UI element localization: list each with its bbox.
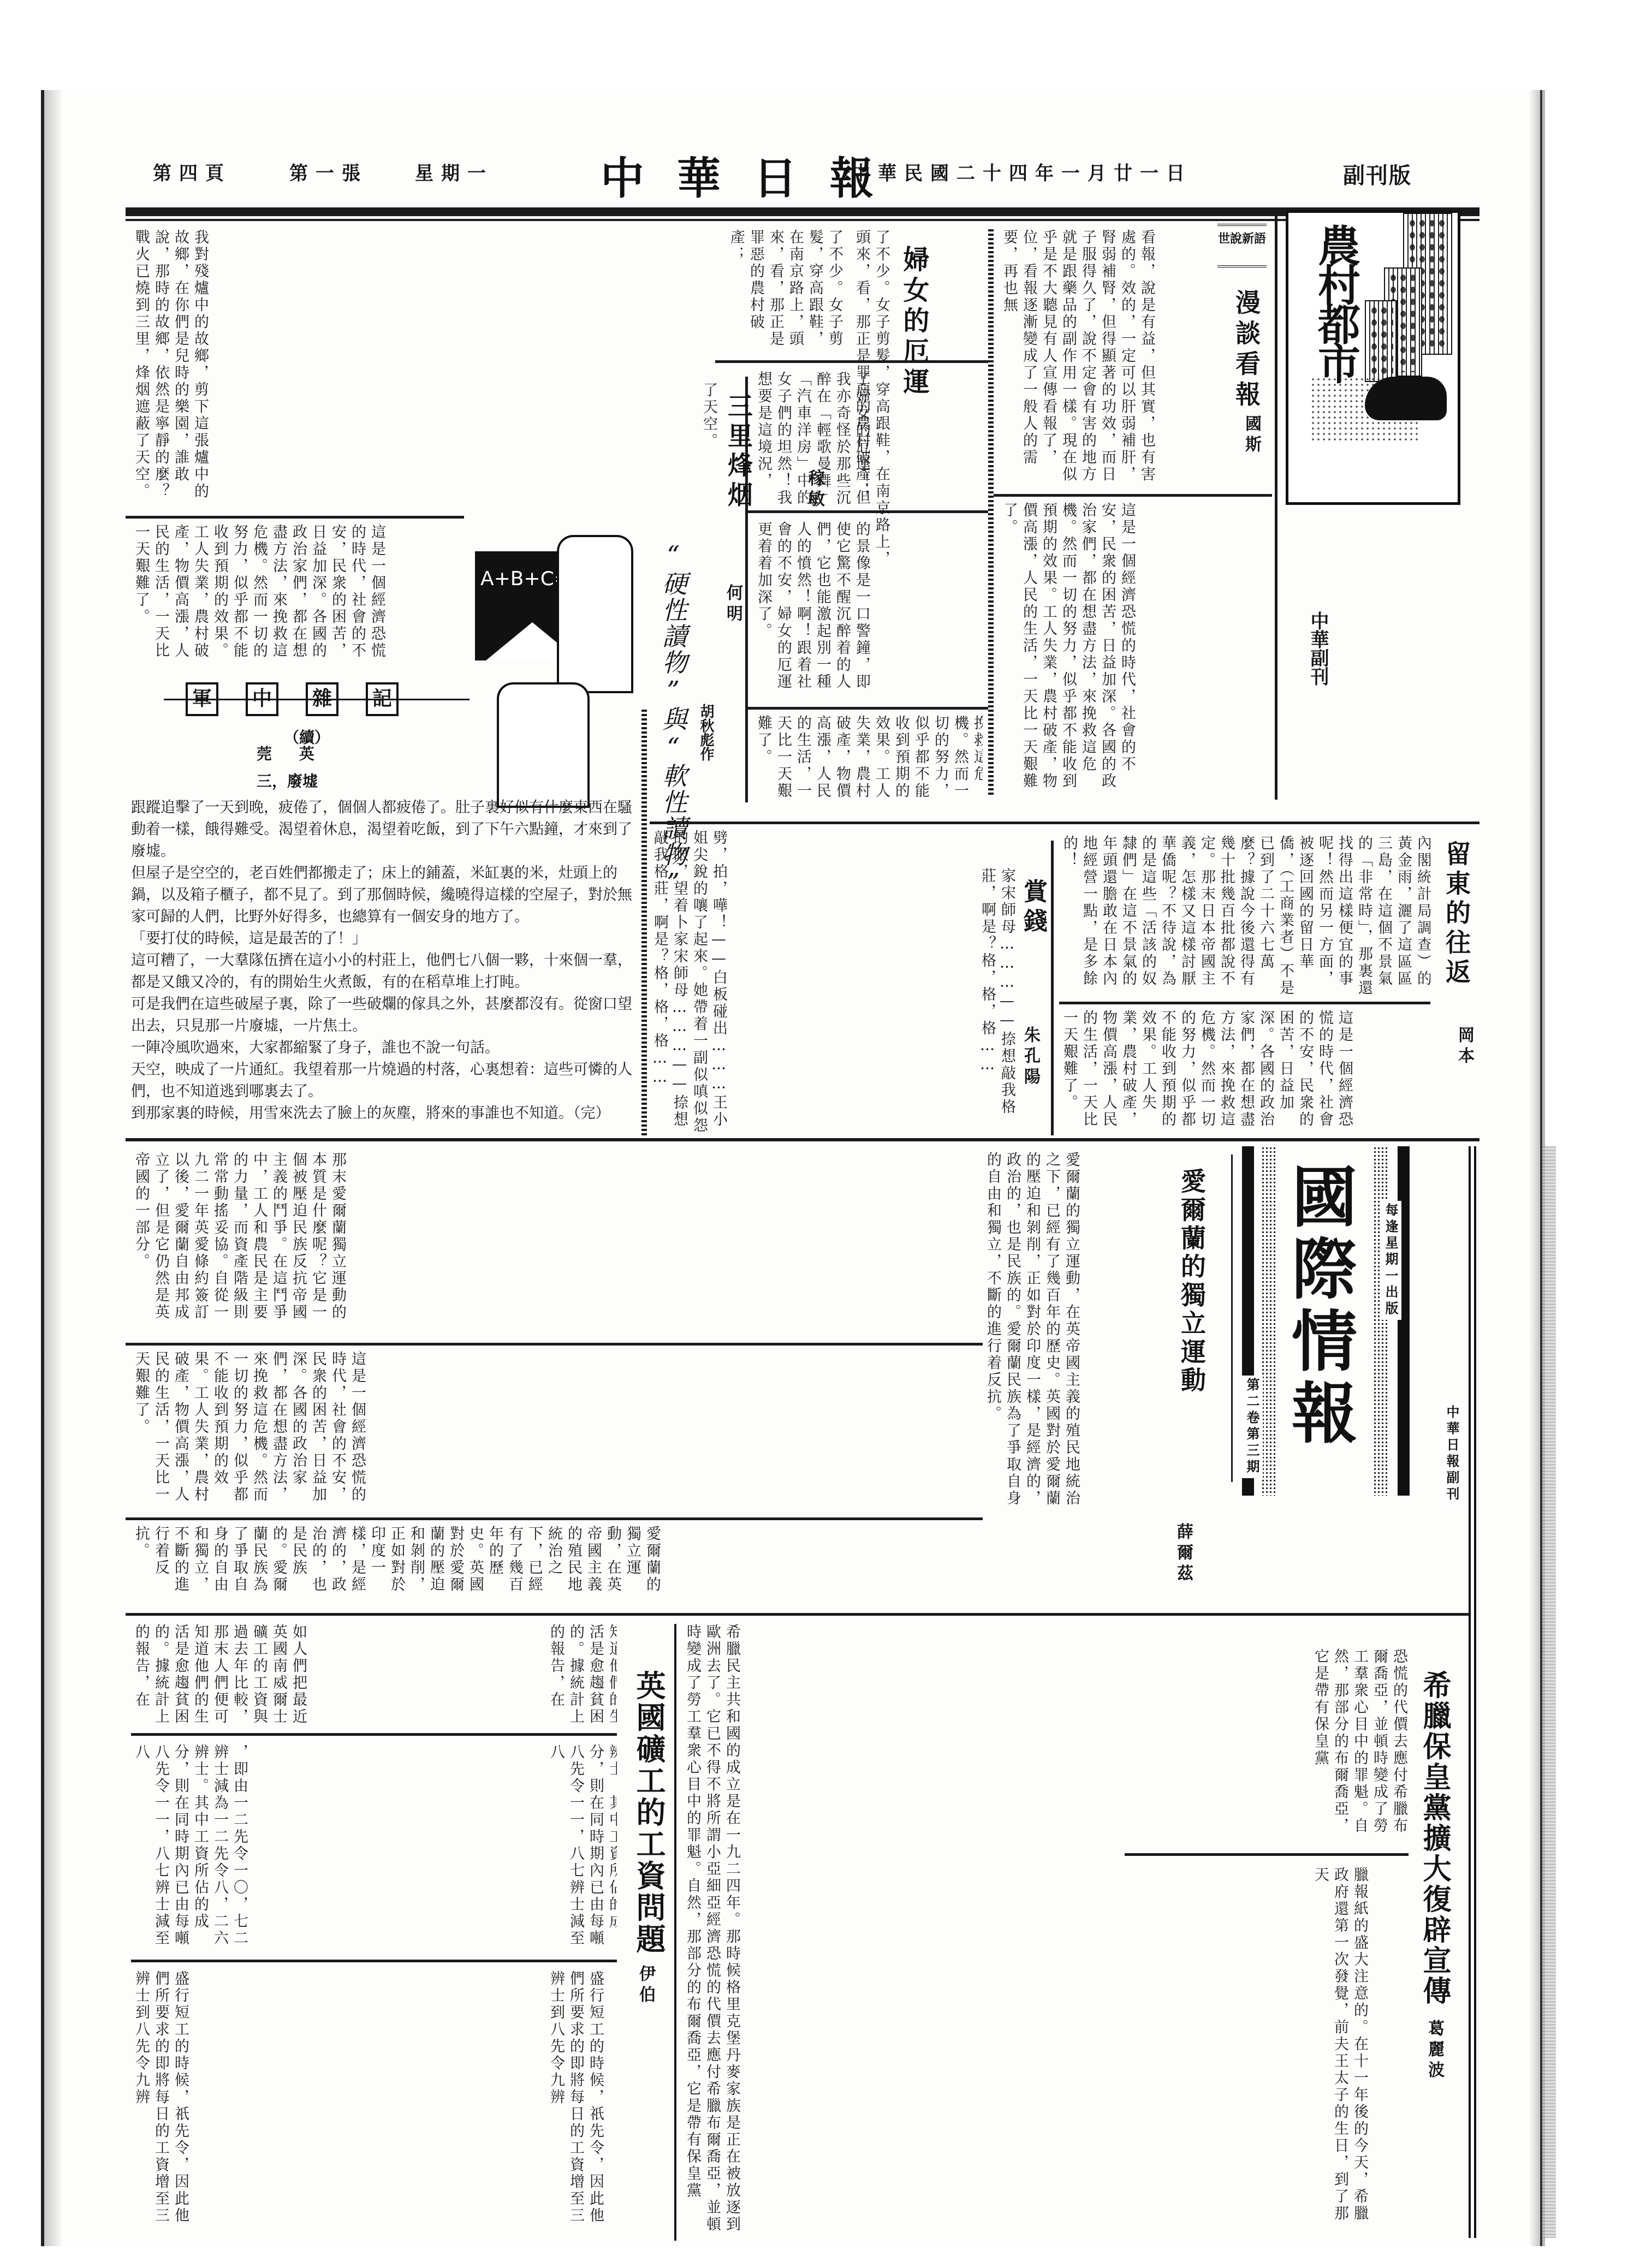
wavy-divider: [988, 229, 994, 797]
filler-body: 這是一個經濟恐慌的時代，社會的不安，民衆的困苦，日益加深。各國的政治家們，都在想…: [1059, 1010, 1354, 1135]
yingguo-col3: 盛行短工的時候，祇先令，因此他們所要求的即將每日的工資增至三辨士到八先令九辨: [546, 1971, 617, 2238]
sanli-fengyan-byline: 何明: [721, 584, 745, 626]
junzhong-chapter: 三，廢墟: [257, 770, 318, 791]
farmer-figure-icon: [1365, 377, 1447, 420]
funu-eyun-col2: 自從五四運動以來，婦女的流年，可說是正當好運，婦女的社會地位，在中國，確實是提高…: [726, 229, 846, 358]
masthead-bar: [1398, 1146, 1410, 1496]
yingguo-body: 如人們把最近英國南威爾士礦工的工資與過去年比較，那末人們便可知道他們的生活是愈趨…: [546, 1624, 617, 1728]
section-rule: [126, 516, 464, 519]
paragraph: 但屋子是空空的，老百姓們都搬走了；床上的鋪蓋，米缸裏的米，灶頭上的鍋，以及箱子櫃…: [131, 862, 633, 928]
left-mid-columns: 這是一個經濟恐慌的時代，社會的不安，民衆的困苦，日益加深。各國的政治家們，都在想…: [131, 524, 464, 666]
sanli-fengyan-body-cont: 我對殘爐中的故鄉，剪下這張爐中的故鄉，在你們是兒時的樂園，誰敢說，那時的故鄉，依…: [131, 229, 210, 513]
liudong-byline: 岡本: [1452, 1026, 1476, 1068]
yingguo-col2: ，即由一二先令一〇，七二辨士減為一二先令八，二六辨士。其中工資所佔的成分，則在同…: [546, 1744, 617, 1951]
double-border: [1469, 1146, 1476, 2238]
yingguo-body-3: 盛行短工的時候，祇先令，因此他們所要求的即將每日的工資增至三辨士到八先令九辨: [546, 1971, 605, 2238]
cartoon-hard-soft-reading: A+B+C=: [475, 524, 639, 808]
page-header: 第四頁 第一張 星期一 中華日報 中華民國二十四年一月廿一日 副刊版: [126, 158, 1479, 202]
funu-eyun-body-3: 了婦女的厄運！但我亦奇怪於那些沉醉在「輕歌曼舞」「汽車洋房」中的女子們的坦然！我…: [753, 371, 871, 508]
section-rule: [715, 360, 988, 363]
section-label: 副刊版: [1343, 158, 1412, 189]
title-char-box: 雜: [306, 682, 338, 716]
guoji-qingbao-masthead: 國際情報 每逢星期一出版 第二卷第三期: [1234, 1146, 1441, 1501]
yingguo-body-2: ，即由一二先令一〇，七二辨士減為一二先令八，二六辨士。其中工資所佔的成分，則在同…: [546, 1744, 617, 1951]
mantan-kanbao-article: 看報，說是有益，但其實，也有害處的。效的，一定可以肝弱補肝，腎弱補腎，但得顯著的…: [999, 229, 1212, 491]
section-rule-major: [126, 1138, 1479, 1141]
paragraph: 跟蹤追擊了一天到晚，疲倦了，個個人都疲倦了。肚子裏好似有什麼東西在騷動着一樣，餓…: [131, 797, 633, 862]
section-rule: [126, 1343, 983, 1346]
xila-article-cont: 臘報紙的盛大注意的。在十一年後的今天，希臘政府還第一次發覺，前夫王太子的生日，到…: [1310, 1867, 1409, 2238]
filler-body: 這是一個經濟恐慌的時代，社會的不安，民衆的困苦，日益加深。各國的政治家們，都在想…: [753, 715, 983, 802]
wavy-divider: [641, 710, 647, 1135]
left-top-columns: 我對殘爐中的故鄉，剪下這張爐中的故鄉，在你們是兒時的樂園，誰敢說，那時的故鄉，依…: [131, 229, 693, 513]
junzhong-zaji-body: 跟蹤追擊了一天到晚，疲倦了，個個人都疲倦了。肚子裏好似有什麼東西在騷動着一樣，餓…: [131, 797, 633, 1135]
title-char-box: 中: [246, 682, 278, 716]
shangqian-article: 劈，拍，嘩！——白板碰出………王小姐尖銳的嚷了起來。她帶着一副似嗔似怨的眼，望着…: [977, 868, 1015, 1130]
paragraph: 「要打仗的時候，這是最苦的了！」: [131, 928, 633, 950]
issue-date: 中華民國二十四年一月廿一日: [852, 158, 1192, 185]
paragraph: 到那家裏的時候，用雪來洗去了臉上的灰塵，將來的事誰也不知道。（完）: [131, 1103, 633, 1124]
aierlan-body: 愛爾蘭的獨立運動，在英帝國主義的殖民地統治之下，已經有了幾百年的歷史。英國對於愛…: [983, 1152, 1081, 1512]
funu-eyun-body-2: 自從五四運動以來，婦女的流年，可說是正當好運，婦女的社會地位，在中國，確實是提高…: [726, 229, 846, 358]
xila-title: 希臘保皇黨擴大復辟宣傳: [1414, 1670, 1455, 2007]
shangqian-byline: 朱孔陽: [1018, 1026, 1042, 1088]
xila-article: 希臘民主共和國的成立是在一九二四年。那時候格里克堡丹麥家族是正在被放逐到歐洲去了…: [1310, 1648, 1409, 1845]
yingguo-byline: 伊伯: [633, 1965, 657, 2007]
paragraph: 這可糟了，一大羣隊伍擠在這小小的村莊上，他們七八個一夥，十來個一羣，都是又餓又冷…: [131, 950, 633, 993]
yingguo-lower-cols: 盛行短工的時候，祇先令，因此他們所要求的即將每日的工資增至三辨士到八先令九辨: [131, 1971, 540, 2238]
guoji-qingbao-title: 國際情報: [1286, 1163, 1351, 1451]
junzhong-byline: 莞 英: [257, 742, 325, 764]
sanli-fengyan-title: 三里烽烟: [721, 393, 757, 511]
section-rule: [1059, 1002, 1430, 1004]
liudong-body: 日本帝國的國門上，掛着一塊這樣的牌子：「櫻花大門八字開，有理無錢莫進來」！你看，…: [1059, 835, 1430, 999]
title-char-box: 軍: [186, 682, 218, 716]
sanli-fengyan-body: 我對殘爐中的故鄉，剪下這張爐中的故鄉，在你們是兒時的樂園，誰敢說，那時的故鄉，依…: [699, 382, 721, 491]
section-rule: [131, 1960, 617, 1962]
yingguo-body-cont-2: ，即由一二先令一〇，七二辨士減為一二先令八，二六辨士。其中工資所佔的成分，則在同…: [131, 1744, 249, 1951]
nongcun-dushi-illustration: 農村都市: [1286, 210, 1460, 505]
aierlan-body-bottom: 愛爾蘭的獨立運動，在英帝國主義的殖民地統治之下，已經有了幾百年的歷史。英國對於愛…: [131, 1526, 662, 1608]
liudong-title: 留東的往返: [1439, 841, 1475, 988]
student-figure-icon: [557, 535, 633, 693]
section-rule: [994, 494, 1272, 497]
yingguo-lead: 如人們把最近英國南威爾士礦工的工資與過去年比較，那末人們便可知道他們的生活是愈趨…: [546, 1624, 617, 1728]
filler-body: 這是一個經濟恐慌的時代，社會的不安，民衆的困苦，日益加深。各國的政治家們，都在想…: [131, 1351, 367, 1515]
publisher-label: 中華日報副刊: [1441, 1403, 1463, 1505]
yingguo-body-cont-3: 盛行短工的時候，祇先令，因此他們所要求的即將每日的工資增至三辨士到八先令九辨: [131, 1971, 190, 2238]
issue-label: 第二卷第三期: [1241, 1376, 1263, 1478]
xila-body-2: 臘報紙的盛大注意的。在十一年後的今天，希臘政府還第一次發覺，前夫王太子的生日，到…: [1310, 1867, 1369, 2238]
skyscraper-icon: [1365, 300, 1398, 382]
mantan-kanbao-body: 看報，說是有益，但其實，也有害處的。效的，一定可以肝弱補肝，腎弱補腎，但得顯著的…: [999, 229, 1156, 491]
paragraph: 一陣冷風吹過來，大家都縮緊了身子，誰也不說一句話。: [131, 1037, 633, 1059]
yingguo-title: 英國礦工的工資問題: [628, 1670, 670, 1955]
section-rule-major: [126, 1613, 1469, 1616]
section-rule: [748, 707, 988, 710]
funu-eyun-col3: 了婦女的厄運！但我亦奇怪於那些沉醉在「輕歌曼舞」「汽車洋房」中的女子們的坦然！我…: [753, 371, 983, 508]
scan-edge-texture: [1542, 1146, 1556, 2238]
nongcun-dushi-title: 農村都市: [1305, 224, 1366, 381]
yingguo-body-cont: 如人們把最近英國南威爾士礦工的工資與過去年比較，那末人們便可知道他們的生活是愈趨…: [131, 1624, 308, 1728]
mantan-kanbao-continued: 這是一個經濟恐慌的時代，社會的不安，民衆的困苦，日益加深。各國的政治家們，都在想…: [999, 502, 1272, 797]
mantan-kanbao-title: 漫談看報: [1228, 289, 1264, 412]
reader-figure-icon: [497, 682, 590, 808]
shangqian-body: 劈，拍，嘩！——白板碰出………王小姐尖銳的嚷了起來。她帶着一副似嗔似怨的眼，望着…: [977, 868, 1015, 1130]
scan-shadow-left: [41, 90, 63, 2246]
shangqian-left-cols: 劈，拍，嘩！——白板碰出………王小姐尖銳的嚷了起來。她帶着一副似嗔似怨的眼，望着…: [650, 830, 966, 1135]
liudong-article: 日本帝國的國門上，掛着一塊這樣的牌子：「櫻花大門八字開，有理無錢莫進來」！你看，…: [1059, 835, 1430, 999]
shangqian-title: 賞錢: [1015, 879, 1050, 938]
column-divider: [1051, 841, 1054, 1135]
shishuo-xinyu-badge: 世說新語: [1217, 224, 1267, 267]
liudong-lower: 這是一個經濟恐慌的時代，社會的不安，民衆的困苦，日益加深。各國的政治家們，都在想…: [1059, 1010, 1430, 1135]
nongcun-byline: 國斯: [1239, 415, 1263, 456]
filler-body: 這是一個經濟恐慌的時代，社會的不安，民衆的困苦，日益加深。各國的政治家們，都在想…: [131, 524, 387, 666]
sanli-fengyan-lead: 我對殘爐中的故鄉，剪下這張爐中的故鄉，在你們是兒時的樂園，誰敢說，那時的故鄉，依…: [699, 382, 721, 491]
funu-eyun-body-4: 的景像是一口警鐘，即使它驚不醒沉醉着的人們，它也能激起別一種人的憤然！啊！跟着社…: [753, 521, 871, 701]
section-rule: [650, 822, 1479, 824]
paragraph: 可是我們在這些破屋子裏，除了一些破爛的傢具之外，甚麼都沒有。從窗口望出去，只見那…: [131, 993, 633, 1037]
sheet-number: 第一張: [289, 158, 368, 185]
masthead-stipple: [1373, 1146, 1388, 1496]
funu-eyun-col5: 這是一個經濟恐慌的時代，社會的不安，民衆的困苦，日益加深。各國的政治家們，都在想…: [753, 715, 983, 802]
column-divider: [674, 1624, 676, 2241]
title-char-box: 記: [366, 682, 399, 716]
page-number: 第四頁: [153, 158, 231, 185]
section-rule: [126, 1517, 983, 1520]
funu-eyun-col4: 的景像是一口警鐘，即使它驚不醒沉醉着的人們，它也能激起別一種人的憤然！啊！跟着社…: [753, 521, 983, 701]
masthead-stipple: [1261, 1146, 1276, 1496]
section-rule: [131, 1733, 617, 1736]
xila-body-cont: 希臘民主共和國的成立是在一九二四年。那時候格里克堡丹麥家族是正在被放逐到歐洲去了…: [682, 1624, 741, 2241]
cartoon-credit: 胡秋彪作: [696, 704, 716, 761]
weekday: 星期一: [415, 158, 494, 185]
yingguo-mid-cols: ，即由一二先令一〇，七二辨士減為一二先令八，二六辨士。其中工資所佔的成分，則在同…: [131, 1744, 540, 1951]
column-divider: [1231, 1154, 1233, 1482]
aierlan-article-lower: 這是一個經濟恐慌的時代，社會的不安，民衆的困苦，日益加深。各國的政治家們，都在想…: [131, 1351, 977, 1515]
filler-body: 這是一個經濟恐慌的時代，社會的不安，民衆的困苦，日益加深。各國的政治家們，都在想…: [999, 502, 1137, 797]
column-divider: [1275, 210, 1277, 800]
xila-columns: 希臘民主共和國的成立是在一九二四年。那時候格里克堡丹麥家族是正在被放逐到歐洲去了…: [682, 1624, 1305, 2241]
section-rule: [748, 510, 988, 513]
xila-body: 希臘民主共和國的成立是在一九二四年。那時候格里克堡丹麥家族是正在被放逐到歐洲去了…: [1310, 1648, 1409, 1845]
nongcun-side-label: 中華副刊: [1305, 611, 1332, 686]
shangqian-body-cont: 劈，拍，嘩！——白板碰出………王小姐尖銳的嚷了起來。她帶着一副似嗔似怨的眼，望着…: [650, 830, 728, 1135]
aierlan-body-cont: 那末愛爾蘭獨立運動的本質是什麼呢？它是一個被壓迫民族反抗帝國主義的鬥爭。在這鬥爭…: [131, 1152, 347, 1337]
aierlan-article-right: 愛爾蘭的獨立運動，在英帝國主義的殖民地統治之下，已經有了幾百年的歷史。英國對於愛…: [983, 1152, 1163, 1512]
paragraph: 天空，映成了一片通紅。我望着那一片燒過的村落，心裏想着：這些可憐的人們，也不知道…: [131, 1059, 633, 1103]
schedule-label: 每逢星期一出版: [1380, 1201, 1401, 1320]
aierlan-article-bottom: 愛爾蘭的獨立運動，在英帝國主義的殖民地統治之下，已經有了幾百年的歷史。英國對於愛…: [131, 1526, 1234, 1608]
xila-byline: 葛麗波: [1422, 2020, 1446, 2082]
yingguo-upper-cols: 如人們把最近英國南威爾士礦工的工資與過去年比較，那末人們便可知道他們的生活是愈趨…: [131, 1624, 540, 1728]
aierlan-title: 愛爾蘭的獨立運動: [1174, 1168, 1210, 1395]
aierlan-article-upper: 那末愛爾蘭獨立運動的本質是什麼呢？它是一個被壓迫民族反抗帝國主義的鬥爭。在這鬥爭…: [131, 1152, 977, 1337]
